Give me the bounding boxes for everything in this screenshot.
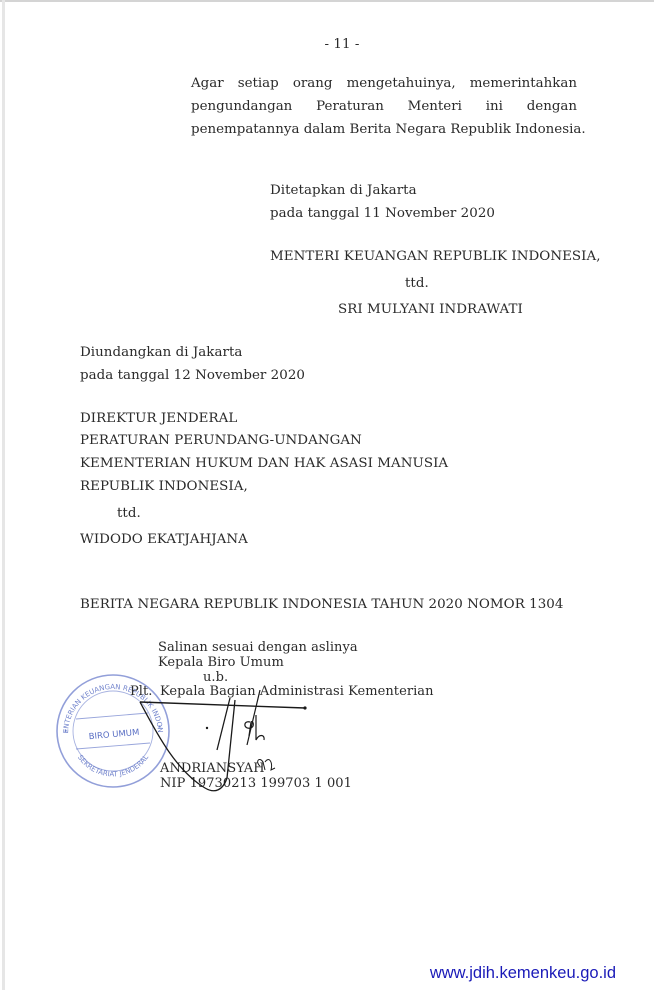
- promulgation-office-line: REPUBLIK INDONESIA,: [80, 479, 248, 495]
- handwritten-signature: [135, 690, 335, 800]
- closing-line: penempatannya dalam Berita Negara Republ…: [191, 122, 586, 138]
- enactment-name: SRI MULYANI INDRAWATI: [338, 302, 523, 318]
- promulgation-office-line: PERATURAN PERUNDANG-UNDANGAN: [80, 433, 362, 449]
- gazette-reference: BERITA NEGARA REPUBLIK INDONESIA TAHUN 2…: [80, 597, 563, 613]
- closing-line: pengundangan Peraturan Menteri ini denga…: [191, 99, 577, 115]
- promulgation-signed: ttd.: [117, 506, 141, 522]
- page-number: - 11 -: [0, 37, 654, 53]
- promulgation-name: WIDODO EKATJAHJANA: [80, 532, 248, 548]
- enactment-date: pada tanggal 11 November 2020: [270, 206, 495, 222]
- certification-office: Kepala Biro Umum: [158, 655, 284, 671]
- stamp-star-icon: *: [64, 728, 68, 736]
- certification-copy-note: Salinan sesuai dengan aslinya: [158, 640, 358, 656]
- page-border-top: [0, 0, 654, 2]
- enactment-place: Ditetapkan di Jakarta: [270, 183, 417, 199]
- page-border-left: [2, 0, 5, 990]
- footer-url-link[interactable]: www.jdih.kemenkeu.go.id: [430, 964, 616, 983]
- enactment-office: MENTERI KEUANGAN REPUBLIK INDONESIA,: [270, 249, 601, 265]
- closing-line: Agar setiap orang mengetahuinya, memerin…: [191, 76, 577, 92]
- stamp-center-text: BIRO UMUM: [88, 728, 139, 742]
- promulgation-office-line: KEMENTERIAN HUKUM DAN HAK ASASI MANUSIA: [80, 456, 448, 472]
- promulgation-date: pada tanggal 12 November 2020: [80, 368, 305, 384]
- promulgation-office-line: DIREKTUR JENDERAL: [80, 411, 237, 427]
- enactment-signed: ttd.: [405, 276, 429, 292]
- promulgation-place: Diundangkan di Jakarta: [80, 345, 242, 361]
